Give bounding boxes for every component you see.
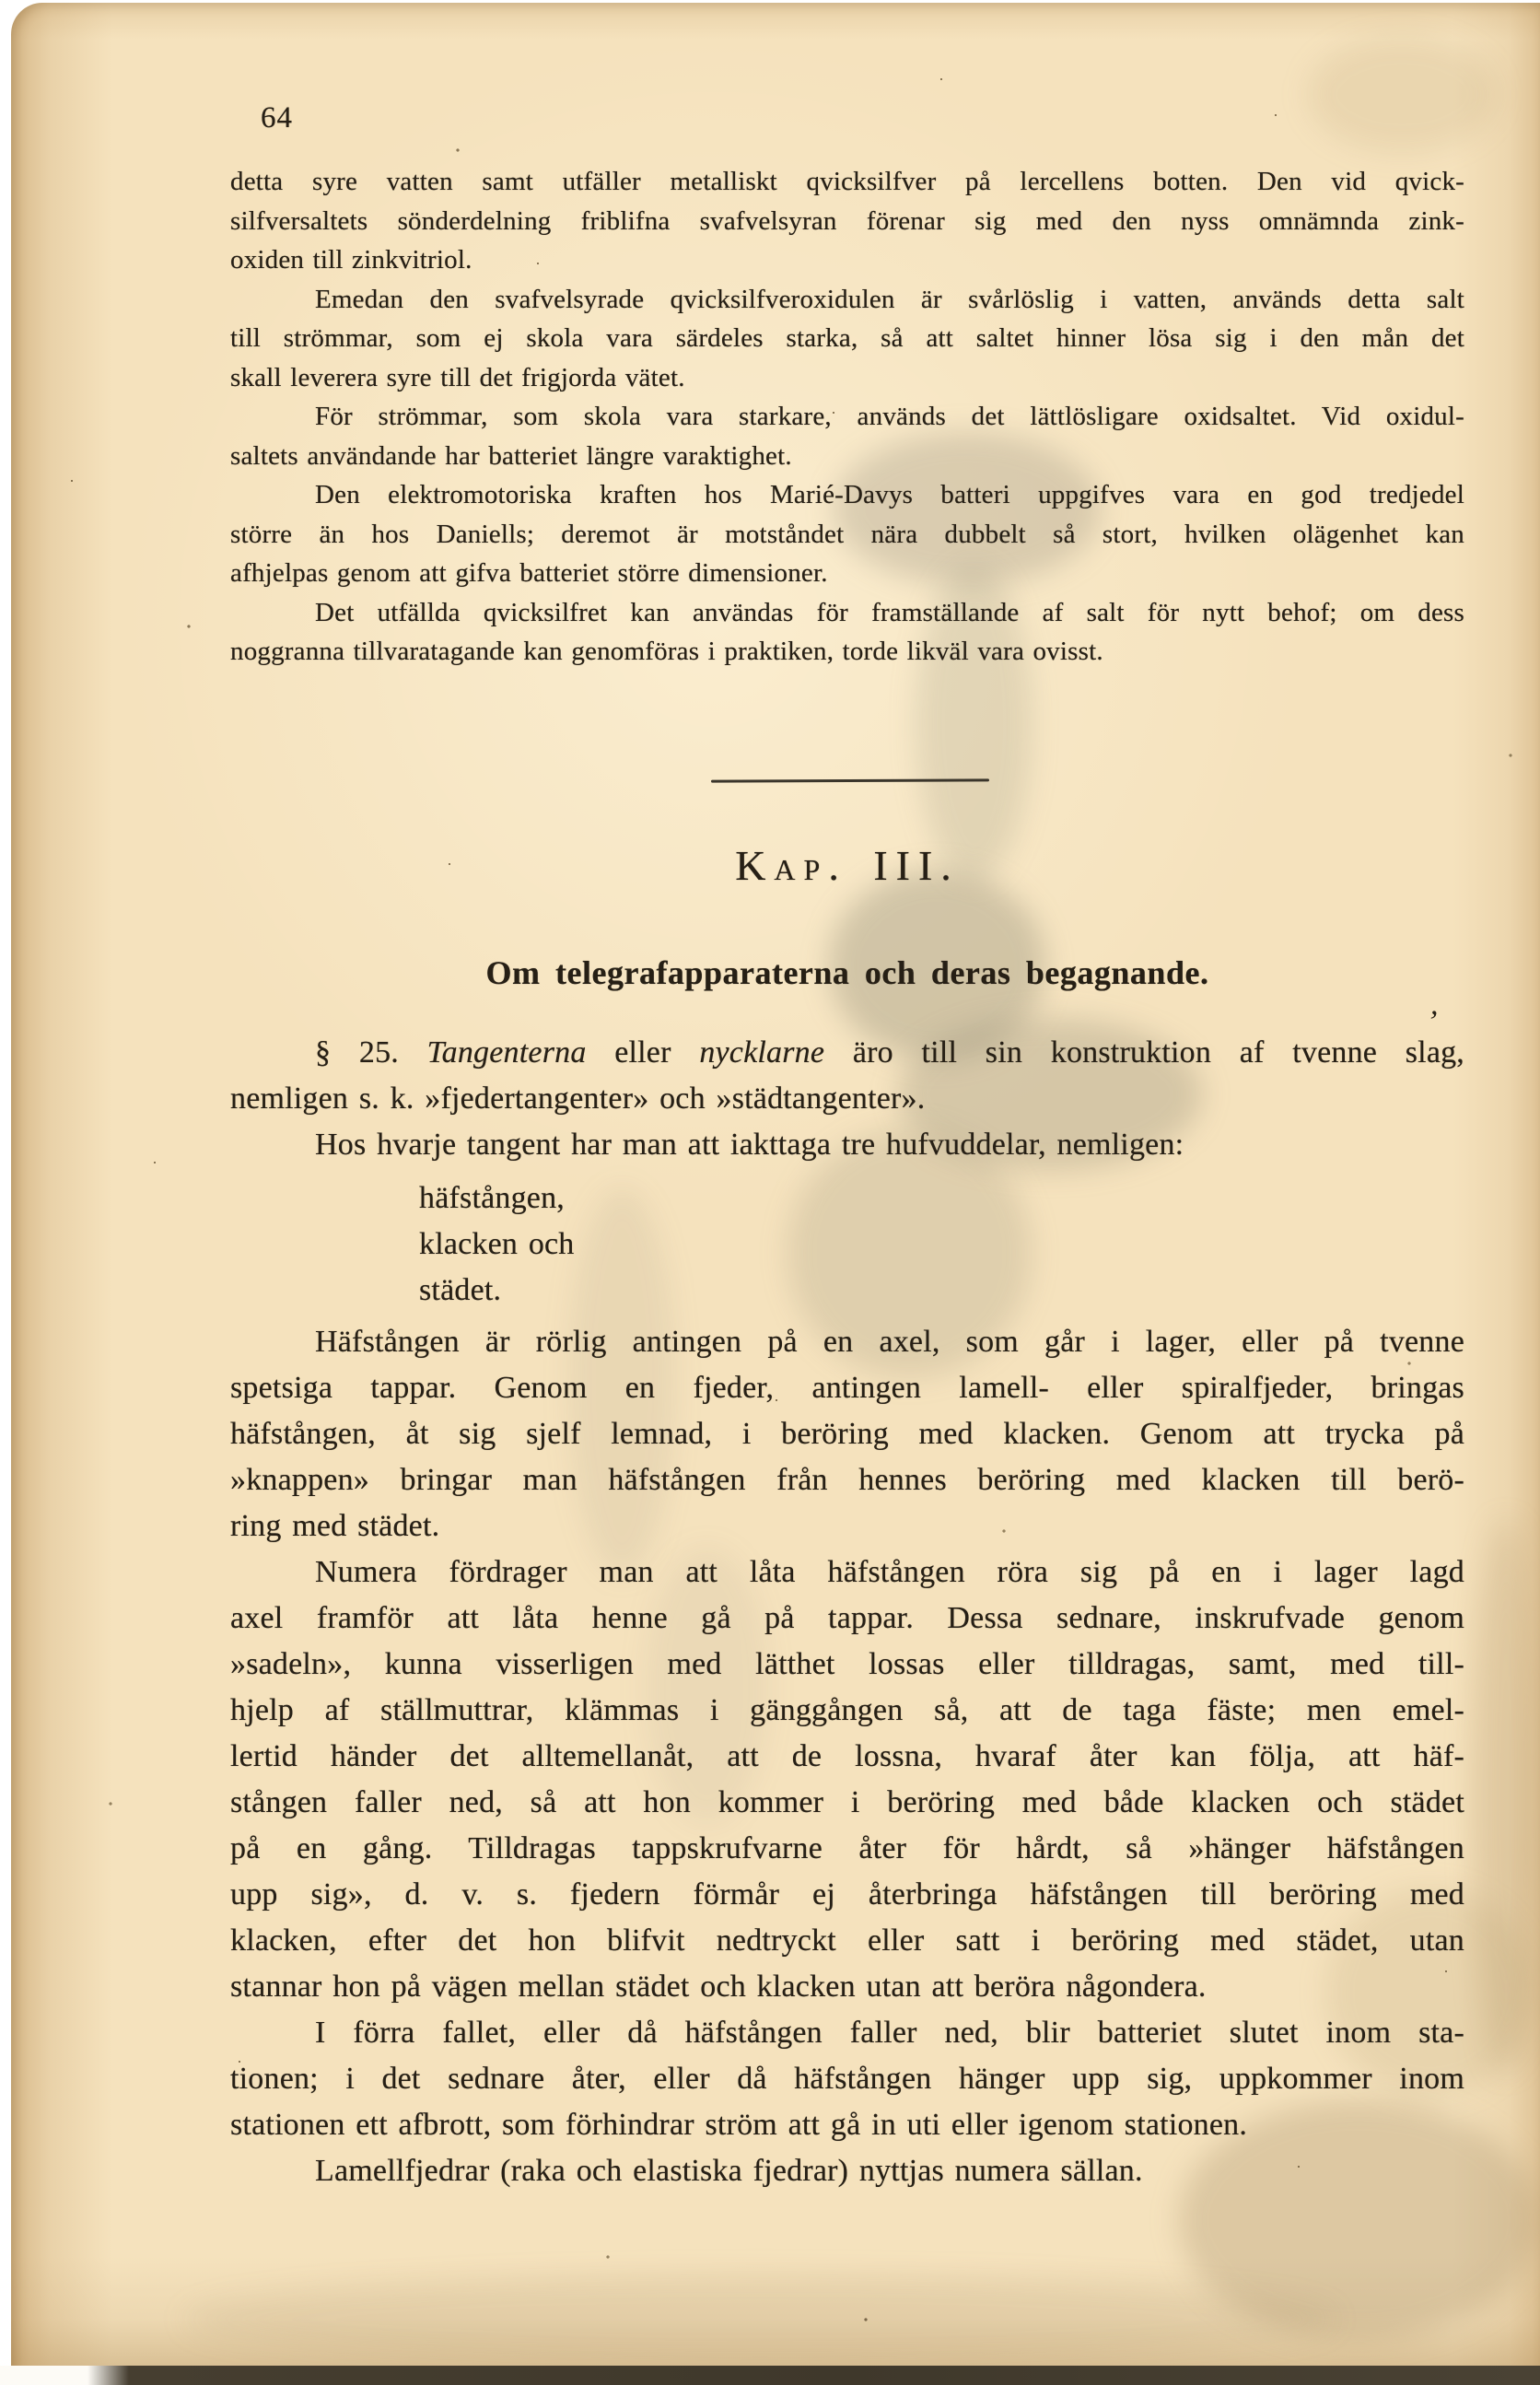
text-line: silfversaltets sönderdelning friblifna s… <box>230 202 1464 241</box>
conjunction: eller <box>614 1035 671 1070</box>
text-line: upp sig», d. v. s. fjedern förmår ej åte… <box>230 1872 1464 1918</box>
term-nycklarne: nycklarne <box>699 1035 824 1070</box>
text-line: »knappen» bringar man häfstången från he… <box>230 1457 1464 1503</box>
text-line: Häfstången är rörlig antingen på en axel… <box>230 1319 1464 1365</box>
previous-chapter-text: detta syre vatten samt utfäller metallis… <box>230 162 1464 672</box>
text-line: saltets användande har batteriet längre … <box>230 437 1464 476</box>
paragraph: Lamellfjedrar (raka och elastiska fjedra… <box>230 2148 1464 2194</box>
text-line: spetsiga tappar. Genom en fjeder, anting… <box>230 1365 1464 1411</box>
text-line: Den elektromotoriska kraften hos Marié-D… <box>230 475 1464 515</box>
text-line: större än hos Daniells; deremot är motst… <box>230 515 1464 555</box>
book-bottom-edge <box>0 2366 1540 2385</box>
section-25-first-line: § 25. Tangenterna eller nycklarne äro ti… <box>230 1030 1464 1076</box>
chapter-title: Om telegrafapparaterna och deras begagna… <box>230 951 1464 995</box>
text-line: »sadeln», kunna visserligen med lätthet … <box>230 1642 1464 1688</box>
list-item: klacken och <box>230 1222 1464 1268</box>
text-line: nemligen s. k. »fjedertangenter» och »st… <box>230 1076 1464 1122</box>
text-line: Lamellfjedrar (raka och elastiska fjedra… <box>230 2148 1464 2194</box>
text-line: till strömmar, som ej skola vara särdele… <box>230 319 1464 358</box>
text-line: Hos hvarje tangent har man att iakttaga … <box>230 1122 1464 1168</box>
text-line: på en gång. Tilldragas tappskrufvarne åt… <box>230 1826 1464 1872</box>
text-line: hjelp af ställmuttrar, klämmas i gänggån… <box>230 1688 1464 1734</box>
text-line: afhjelpas genom att gifva batteriet stör… <box>230 554 1464 593</box>
chapter-kicker: Kap. III. <box>230 840 1464 892</box>
text-line: oxiden till zinkvitriol. <box>230 240 1464 280</box>
chapter-body-text: § 25. Tangenterna eller nycklarne äro ti… <box>230 1030 1464 2194</box>
list-item: häfstången, <box>230 1175 1464 1222</box>
text-line: stången faller ned, så att hon kommer i … <box>230 1780 1464 1826</box>
text-line: ring med städet. <box>230 1503 1464 1549</box>
term-tangenterna: Tangenterna <box>427 1035 587 1070</box>
text-line: tionen; i det sednare åter, eller då häf… <box>230 2056 1464 2102</box>
text-line: I förra fallet, eller då häfstången fall… <box>230 2010 1464 2056</box>
text-line: För strömmar, som skola vara starkare, a… <box>230 397 1464 437</box>
text-line: häfstången, åt sig sjelf lemnad, i berör… <box>230 1411 1464 1457</box>
text-line: lertid händer det alltemellanåt, att de … <box>230 1734 1464 1780</box>
tangent-parts-list: häfstången, klacken och städet. <box>230 1175 1464 1314</box>
text-line: Emedan den svafvelsyrade qvicksilfveroxi… <box>230 280 1464 320</box>
text-line: klacken, efter det hon blifvit nedtryckt… <box>230 1918 1464 1964</box>
text-line: Det utfällda qvicksilfret kan användas f… <box>230 593 1464 633</box>
text-line: stationen ett afbrott, som förhindrar st… <box>230 2102 1464 2148</box>
section-marker: § 25. <box>315 1035 399 1070</box>
paragraph: I förra fallet, eller då häfstången fall… <box>230 2010 1464 2148</box>
text-line: noggranna tillvaratagande kan genomföras… <box>230 632 1464 672</box>
text-line: Numera fördrager man att låta häfstången… <box>230 1549 1464 1596</box>
paragraph: Numera fördrager man att låta häfstången… <box>230 1549 1464 2010</box>
paragraph: Häfstången är rörlig antingen på en axel… <box>230 1319 1464 1549</box>
text-line: detta syre vatten samt utfäller metallis… <box>230 162 1464 202</box>
text-line: axel framför att låta henne gå på tappar… <box>230 1596 1464 1642</box>
page-number: 64 <box>261 101 293 135</box>
text-line: skall leverera syre till det frigjorda v… <box>230 358 1464 398</box>
section-25-line1-rest: äro till sin konstruktion af tvenne slag… <box>853 1035 1464 1070</box>
list-item: städet. <box>230 1268 1464 1314</box>
text-line: stannar hon på vägen mellan städet och k… <box>230 1964 1464 2010</box>
scanned-book-page-screenshot: { "page_number": "64", "colors": { "pape… <box>0 0 1540 2385</box>
